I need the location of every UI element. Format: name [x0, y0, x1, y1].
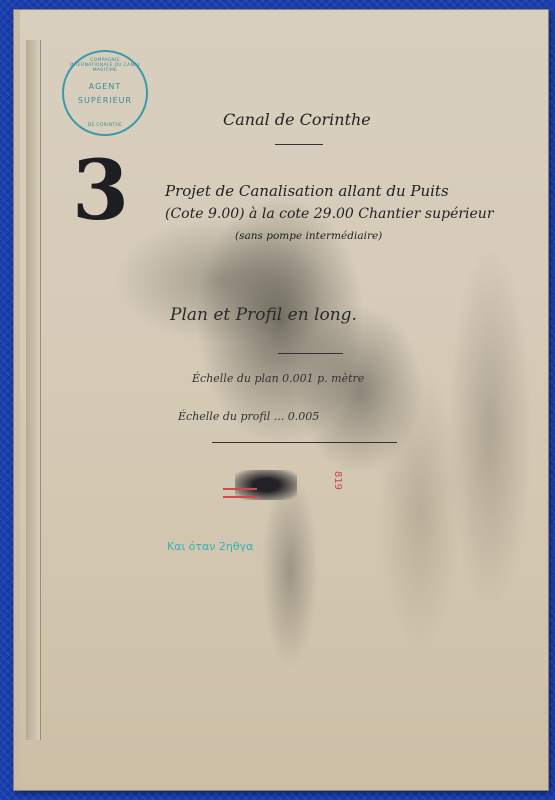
stamp-ring-text-top: COMPAGNIE INTERNATIONALE DU CANAL MARITI…: [68, 58, 142, 73]
scale-underline: [212, 442, 397, 443]
title-underline: [275, 144, 323, 145]
subtitle-underline: [278, 353, 343, 354]
sheet-number: 3: [72, 150, 129, 232]
scale-plan: Échelle du plan 0.001 p. mètre: [192, 372, 364, 385]
scale-profile: Échelle du profil ... 0.005: [178, 410, 319, 423]
project-line-1: Projet de Canalisation allant du Puits: [165, 182, 449, 200]
document-title: Canal de Corinthe: [223, 110, 371, 129]
agent-superieur-stamp: COMPAGNIE INTERNATIONALE DU CANAL MARITI…: [62, 50, 148, 136]
red-annotation: 819: [332, 471, 343, 490]
document-subtitle: Plan et Profil en long.: [170, 305, 357, 325]
stamp-center-line-2: SUPÉRIEUR: [64, 94, 146, 108]
red-strike-mark: [223, 488, 257, 490]
document-page: COMPAGNIE INTERNATIONALE DU CANAL MARITI…: [14, 10, 548, 790]
project-line-2: (Cote 9.00) à la cote 29.00 Chantier sup…: [165, 206, 494, 222]
stamp-center-line-1: AGENT: [64, 80, 146, 94]
project-line-3: (sans pompe intermédiaire): [235, 230, 382, 242]
red-strike-mark: [223, 496, 257, 498]
binding-edge: [26, 40, 41, 740]
stamp-ring-text-bottom: DE CORINTHE: [68, 123, 142, 128]
greek-annotation: Και όταν 2ηθγα: [167, 540, 253, 553]
